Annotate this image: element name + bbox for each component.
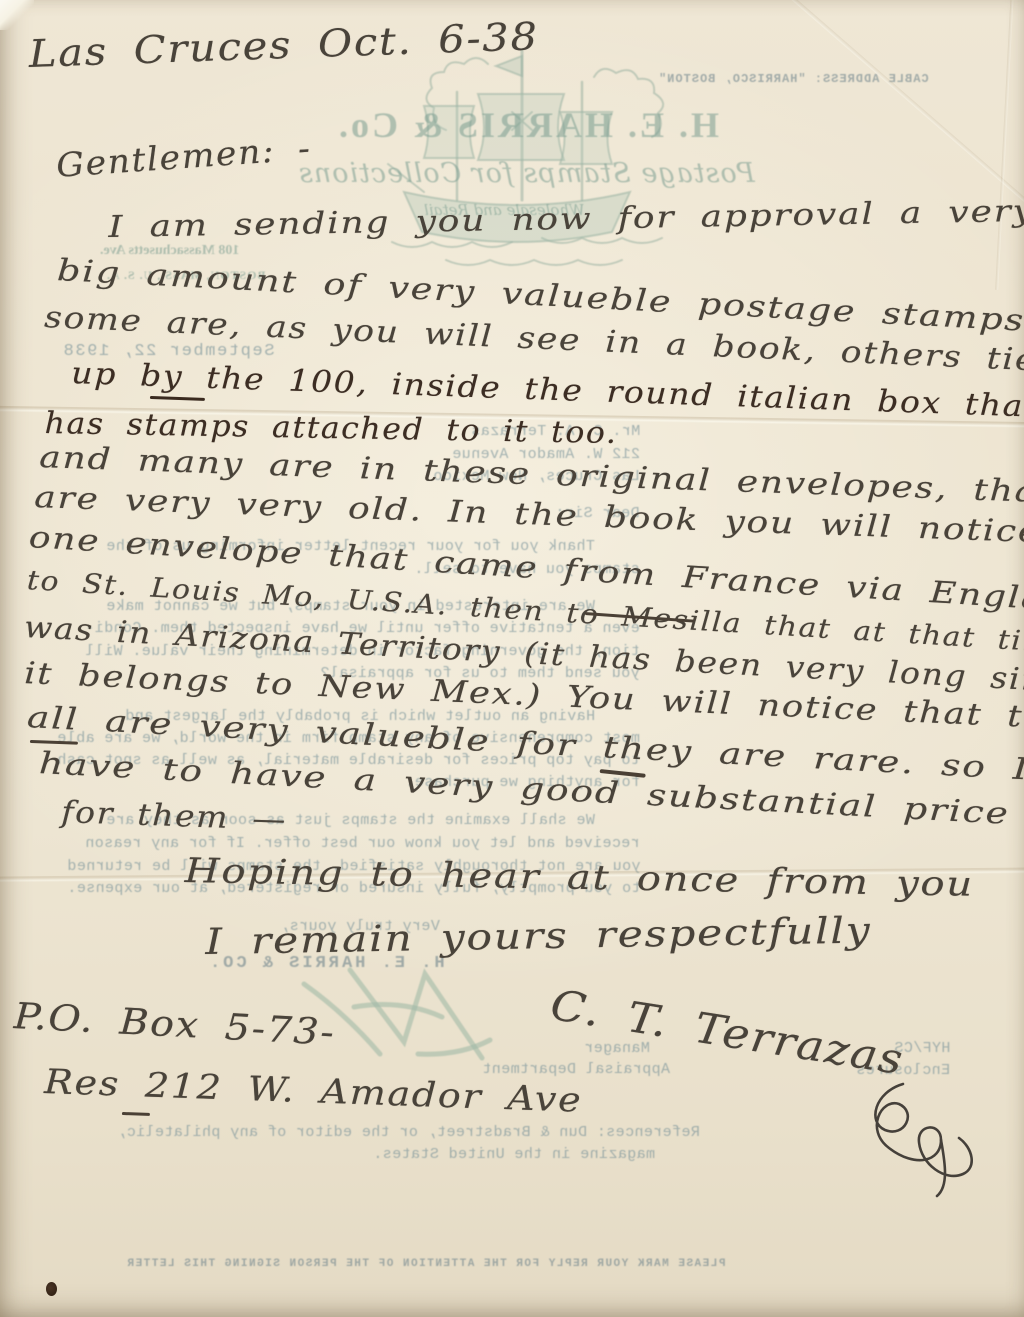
ghost-footer-notice: PLEASE MARK YOUR REPLY FOR THE ATTENTION… bbox=[126, 1258, 725, 1270]
ghost-tagline: Postage Stamps for Collections bbox=[298, 158, 755, 189]
scan-corner bbox=[0, 0, 34, 30]
ghost-references-line: References: Dun & Bradstreet, or the edi… bbox=[117, 1124, 700, 1141]
ghost-signer-department: Appraisal Department bbox=[482, 1061, 670, 1078]
ghost-cable-address: CABLE ADDRESS: "HARRISCO, BOSTON" bbox=[658, 72, 929, 86]
letter-scan: CABLE ADDRESS: "HARRISCO, BOSTON" H. E. … bbox=[0, 0, 1024, 1317]
ghost-company-name: H. E. HARRIS & Co. bbox=[336, 104, 719, 146]
ghost-body-line: received and let you know our best offer… bbox=[85, 835, 640, 852]
ghost-references-line: magazine in the United States. bbox=[373, 1146, 655, 1163]
pen-flourish bbox=[845, 1078, 990, 1200]
ink-dot bbox=[46, 1282, 57, 1296]
